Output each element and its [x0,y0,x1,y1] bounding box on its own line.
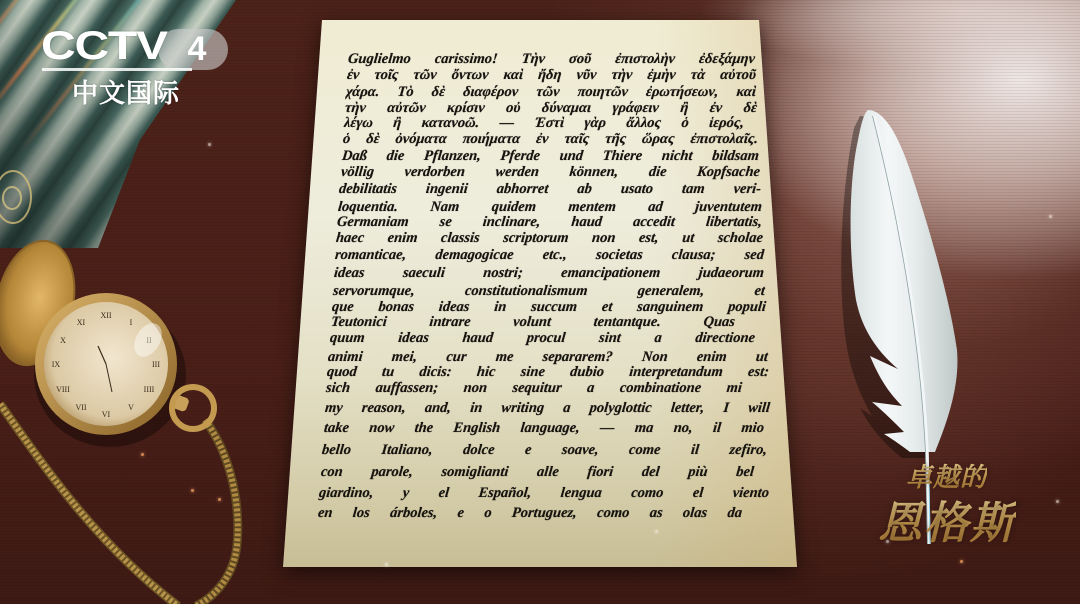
dust-speck [141,453,144,456]
dust-speck [208,143,211,146]
video-frame: XII I II III IIII V VI VII VIII IX X XI … [0,0,1080,604]
channel-subtitle: 中文国际 [72,79,192,109]
dust-speck [1049,215,1052,218]
dust-speck [960,560,963,563]
channel-number: 4 [180,29,214,70]
dust-speck [1056,500,1059,503]
cctv-logo-text: CCTV [41,26,166,66]
dust-speck [191,489,194,492]
dust-speck [385,563,388,566]
program-title-line1: 卓越的 [906,462,987,494]
dust-speck [655,530,658,533]
dust-speck [218,498,221,501]
logo-underline [42,68,192,71]
program-title-line2: 恩格斯 [878,498,1016,550]
